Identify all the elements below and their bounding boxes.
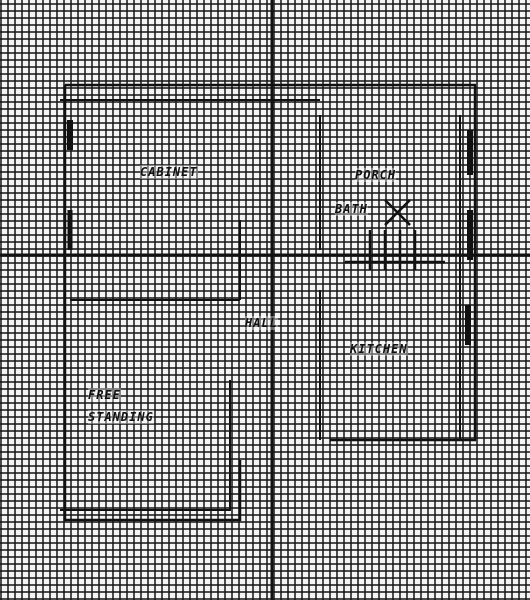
room-label-upper-right-detail: BATH: [335, 202, 368, 216]
room-label-lower-left-line1: FREE: [88, 388, 121, 402]
room-label-lower-left-line2: STANDING: [88, 410, 154, 424]
floor-plan-walls: [0, 0, 530, 600]
room-label-upper-left: CABINET: [140, 165, 198, 179]
room-label-upper-right: PORCH: [355, 168, 396, 182]
floor-plan-drawing: CABINET PORCH BATH HALL KITCHEN FREE STA…: [0, 0, 530, 600]
room-label-right: KITCHEN: [350, 342, 408, 356]
room-label-center: HALL: [245, 316, 278, 330]
